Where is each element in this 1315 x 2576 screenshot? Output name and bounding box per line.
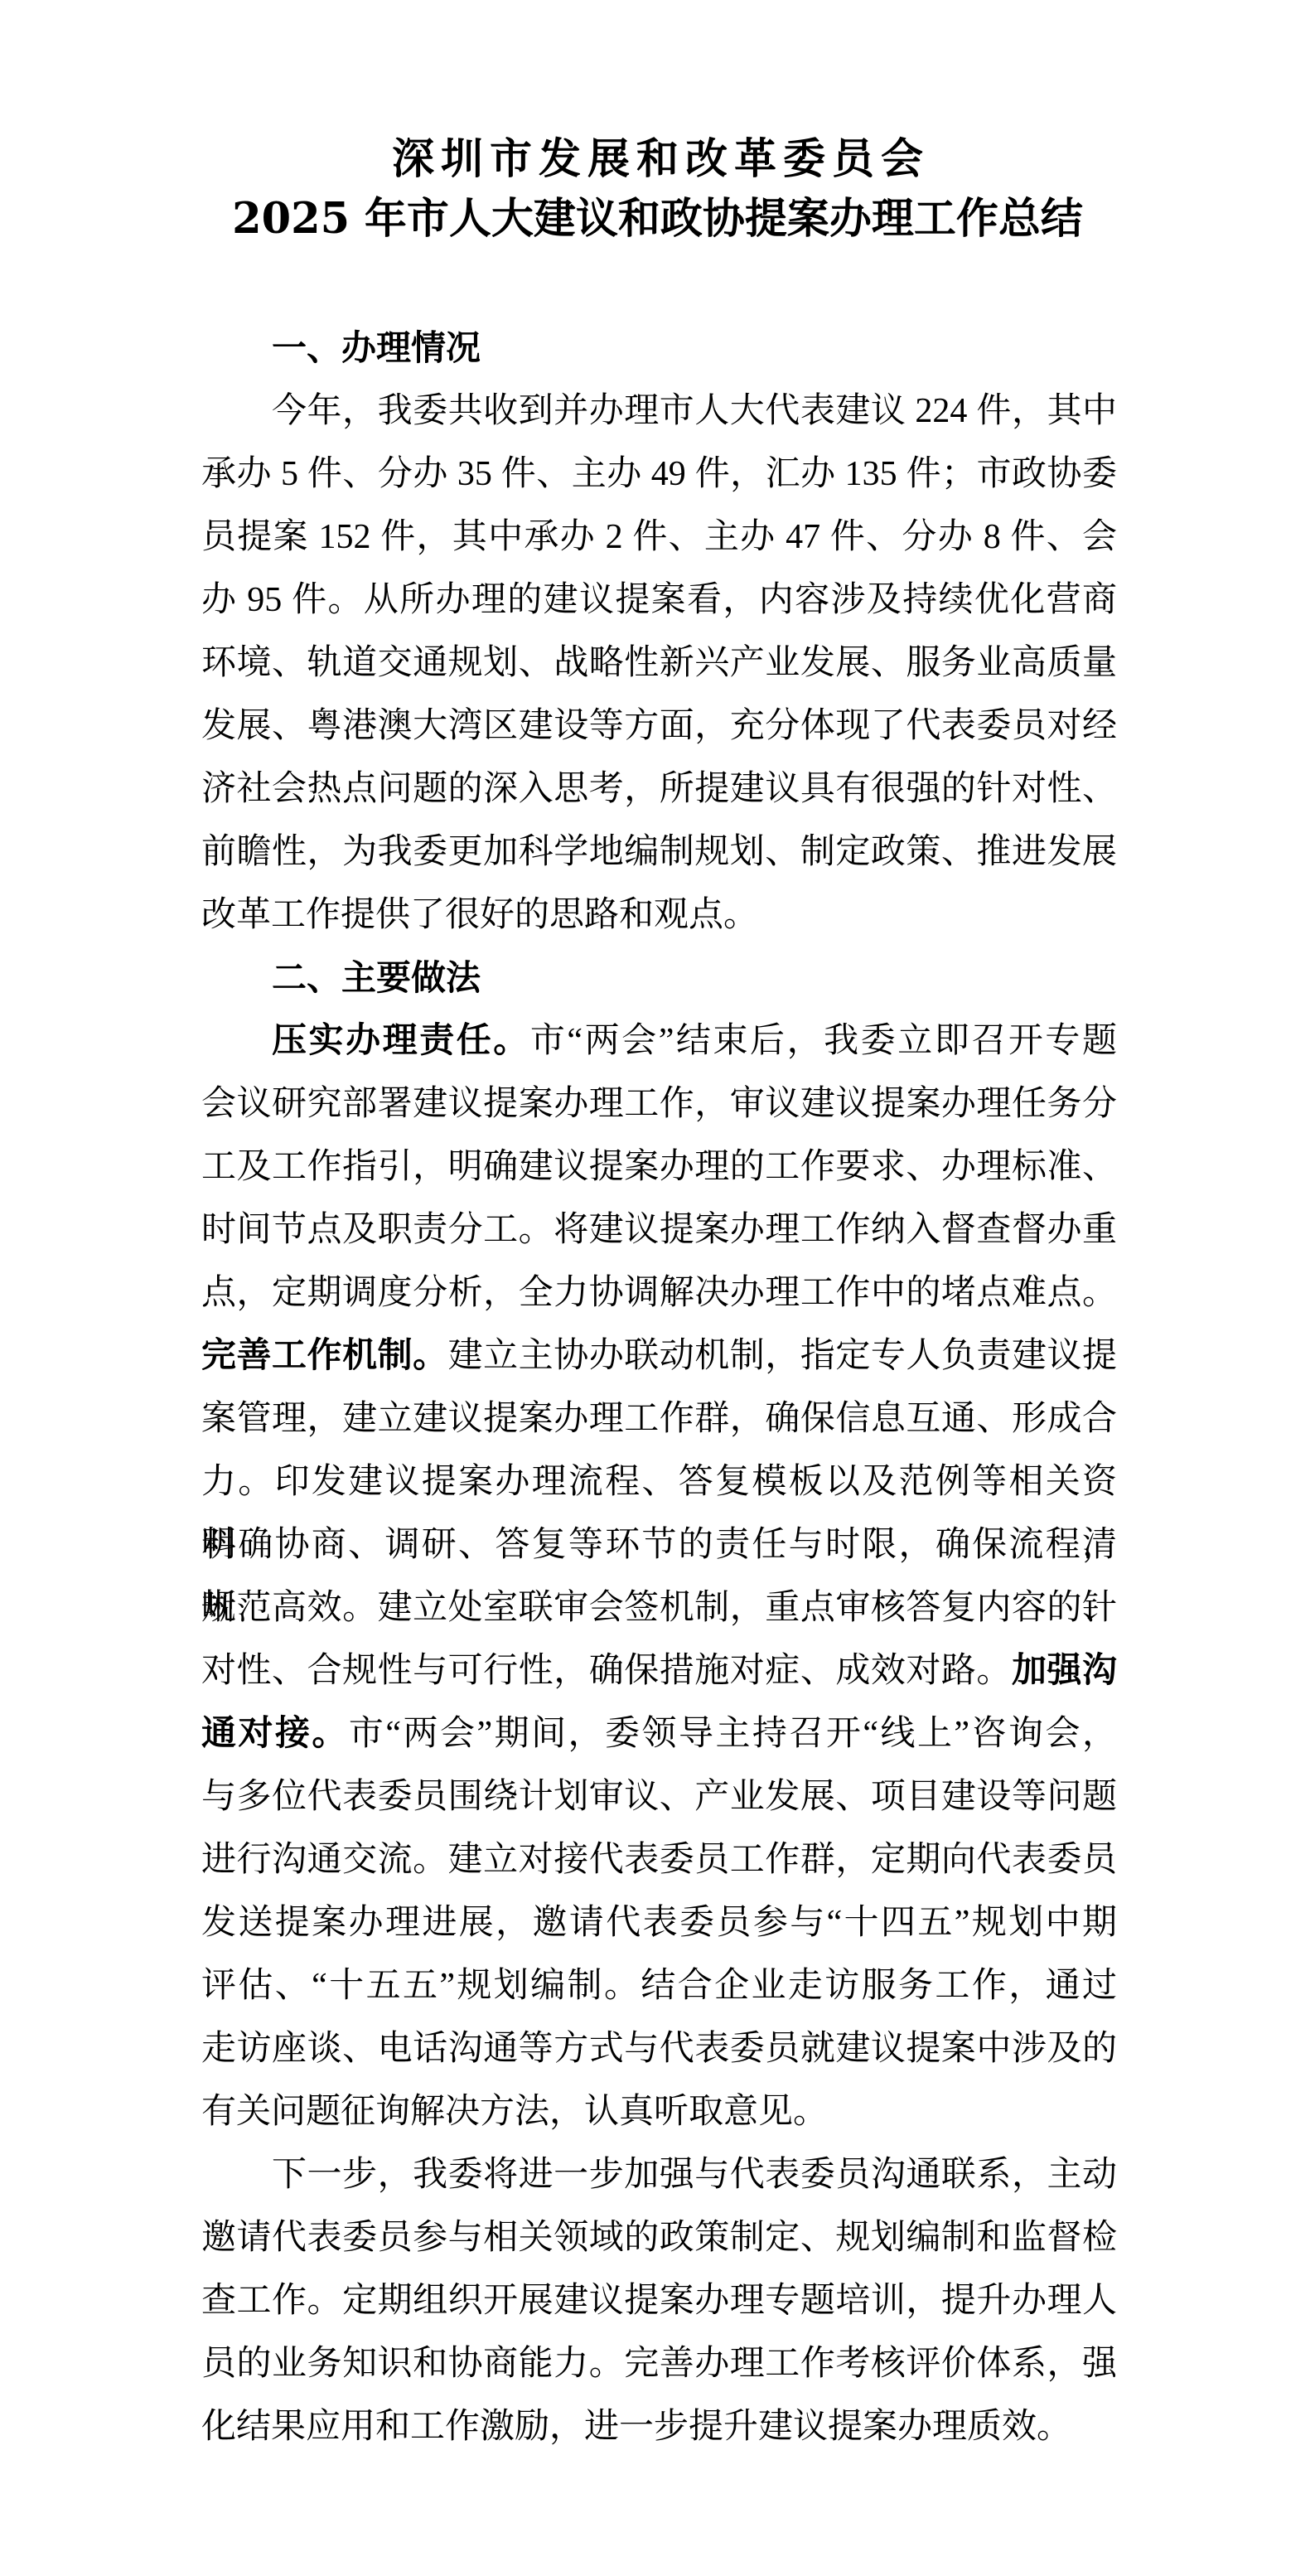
paragraph-line: 明确协商、调研、答复等环节的责任与时限，确保流程清晰、: [201, 1513, 1117, 1576]
paragraph-line: 改革工作提供了很好的思路和观点。: [201, 884, 1117, 947]
paragraph-line: 发送提案办理进展，邀请代表委员参与“十四五”规划中期: [201, 1891, 1117, 1954]
paragraph-line: 有关问题征询解决方法，认真听取意见。: [201, 2080, 1117, 2143]
paragraph-line: 员的业务知识和协商能力。完善办理工作考核评价体系，强: [201, 2332, 1117, 2395]
paragraph-line: 环境、轨道交通规划、战略性新兴产业发展、服务业高质量: [201, 632, 1117, 695]
document-title-line-1: 深圳市发展和改革委员会: [0, 128, 1315, 190]
section-heading-handling-status: 一、办理情况: [201, 317, 1117, 380]
paragraph-line: 邀请代表委员参与相关领域的政策制定、规划编制和监督检: [201, 2206, 1117, 2269]
paragraph-line: 力。印发建议提案办理流程、答复模板以及范例等相关资料，: [201, 1450, 1117, 1513]
paragraph-line: 走访座谈、电话沟通等方式与代表委员就建议提案中涉及的: [201, 2017, 1117, 2080]
paragraph-line: 压实办理责任。市“两会”结束后，我委立即召开专题: [201, 1010, 1117, 1073]
paragraph-line: 时间节点及职责分工。将建议提案办理工作纳入督查督办重: [201, 1198, 1117, 1261]
paragraph-line: 化结果应用和工作激励，进一步提升建议提案办理质效。: [201, 2395, 1117, 2458]
paragraph-line: 案管理，建立建议提案办理工作群，确保信息互通、形成合: [201, 1387, 1117, 1450]
paragraph-line: 进行沟通交流。建立对接代表委员工作群，定期向代表委员: [201, 1828, 1117, 1891]
paragraph-line: 会议研究部署建议提案办理工作，审议建议提案办理任务分: [201, 1073, 1117, 1135]
paragraph-line: 前瞻性，为我委更加科学地编制规划、制定政策、推进发展: [201, 821, 1117, 884]
paragraph-line: 查工作。定期组织开展建议提案办理专题培训，提升办理人: [201, 2269, 1117, 2332]
section-2-paragraph-next-steps: 下一步，我委将进一步加强与代表委员沟通联系，主动 邀请代表委员参与相关领域的政策…: [201, 2143, 1117, 2458]
bold-lead-phrase: 完善工作机制。: [201, 1337, 448, 1375]
paragraph-line: 对性、合规性与可行性，确保措施对症、成效对路。加强沟: [201, 1639, 1117, 1702]
section-2-paragraph-practices: 压实办理责任。市“两会”结束后，我委立即召开专题 会议研究部署建议提案办理工作，…: [201, 1010, 1117, 2143]
paragraph-line: 点，定期调度分析，全力协调解决办理工作中的堵点难点。: [201, 1261, 1117, 1324]
paragraph-line: 今年，我委共收到并办理市人大代表建议 224 件，其中: [201, 380, 1117, 443]
bold-lead-phrase: 加强沟: [1012, 1652, 1117, 1690]
line-text: 市“两会”期间，委领导主持召开“线上”咨询会，: [349, 1715, 1117, 1753]
line-text: 建立主协办联动机制，指定专人负责建议提: [448, 1337, 1117, 1375]
paragraph-line: 评估、“十五五”规划编制。结合企业走访服务工作，通过: [201, 1954, 1117, 2017]
paragraph-line: 发展、粤港澳大湾区建设等方面，充分体现了代表委员对经: [201, 695, 1117, 758]
bold-lead-phrase: 压实办理责任。: [272, 1022, 530, 1060]
paragraph-line: 规范高效。建立处室联审会签机制，重点审核答复内容的针: [201, 1576, 1117, 1639]
paragraph-line: 员提案 152 件，其中承办 2 件、主办 47 件、分办 8 件、会: [201, 506, 1117, 569]
paragraph-line: 承办 5 件、分办 35 件、主办 49 件，汇办 135 件；市政协委: [201, 443, 1117, 506]
section-heading-main-practices: 二、主要做法: [201, 947, 1117, 1010]
paragraph-line: 济社会热点问题的深入思考，所提建议具有很强的针对性、: [201, 758, 1117, 821]
document-title-line-2: 2025 年市人大建议和政协提案办理工作总结: [0, 188, 1315, 249]
paragraph-line: 办 95 件。从所办理的建议提案看，内容涉及持续优化营商: [201, 569, 1117, 632]
paragraph-line: 与多位代表委员围绕计划审议、产业发展、项目建设等问题: [201, 1765, 1117, 1828]
paragraph-line: 完善工作机制。建立主协办联动机制，指定专人负责建议提: [201, 1324, 1117, 1387]
paragraph-line: 通对接。市“两会”期间，委领导主持召开“线上”咨询会，: [201, 1702, 1117, 1765]
paragraph-line: 下一步，我委将进一步加强与代表委员沟通联系，主动: [201, 2143, 1117, 2206]
document-body: 一、办理情况 今年，我委共收到并办理市人大代表建议 224 件，其中 承办 5 …: [201, 317, 1117, 2458]
line-text: 对性、合规性与可行性，确保措施对症、成效对路。: [201, 1652, 1012, 1690]
document-page: 深圳市发展和改革委员会 2025 年市人大建议和政协提案办理工作总结 一、办理情…: [0, 0, 1315, 2576]
section-1-paragraph: 今年，我委共收到并办理市人大代表建议 224 件，其中 承办 5 件、分办 35…: [201, 380, 1117, 947]
line-text: 市“两会”结束后，我委立即召开专题: [530, 1022, 1117, 1060]
bold-lead-phrase: 通对接。: [201, 1715, 349, 1753]
paragraph-line: 工及工作指引，明确建议提案办理的工作要求、办理标准、: [201, 1135, 1117, 1198]
